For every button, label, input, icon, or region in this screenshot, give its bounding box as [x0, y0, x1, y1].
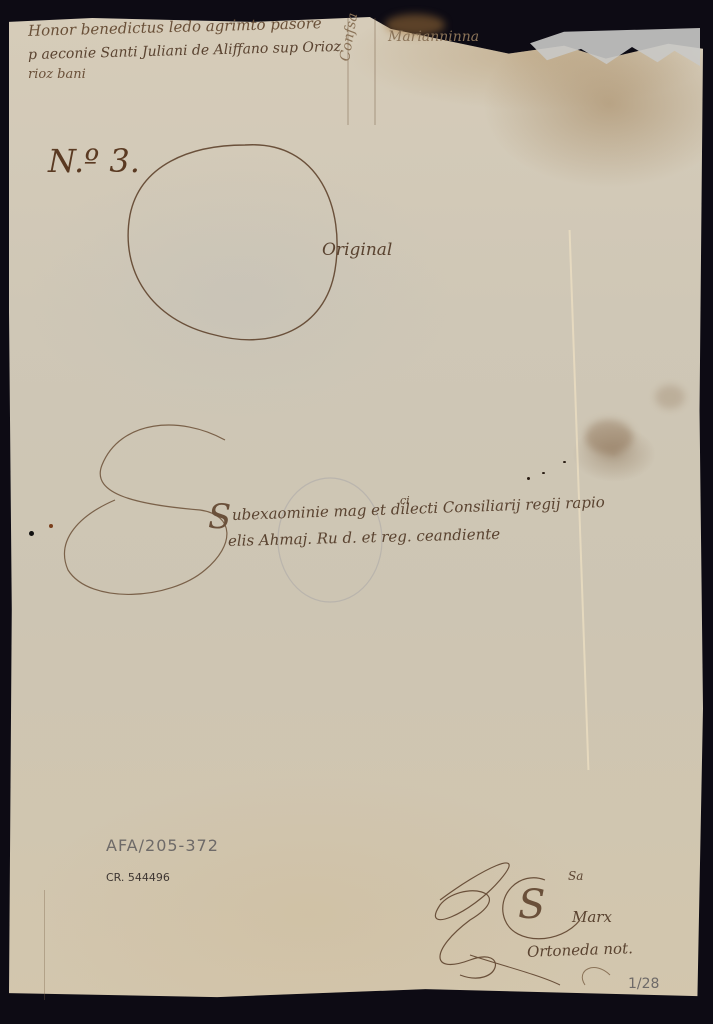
main-text-initial: S — [208, 500, 231, 534]
circle-stroke — [128, 145, 337, 340]
signature-line-1: Marx — [572, 910, 612, 925]
folio-number: N.º 3. — [48, 145, 140, 177]
folio-fraction: 1/28 — [628, 976, 659, 992]
archive-catalog-ref: CR. 544496 — [106, 871, 170, 884]
top-right-note: Marianninna — [388, 30, 479, 44]
signature-line-2: Ortoneda not. — [527, 941, 633, 960]
signature-superscript: Sa — [568, 870, 583, 882]
archive-shelfmark: AFA/205-372 — [106, 836, 219, 855]
original-label: Original — [322, 242, 392, 259]
decorative-s-stroke — [65, 425, 227, 594]
signature-initial: S — [518, 885, 545, 925]
signature-rubric — [435, 863, 509, 978]
header-note-line-3: rioz bani — [28, 68, 86, 81]
